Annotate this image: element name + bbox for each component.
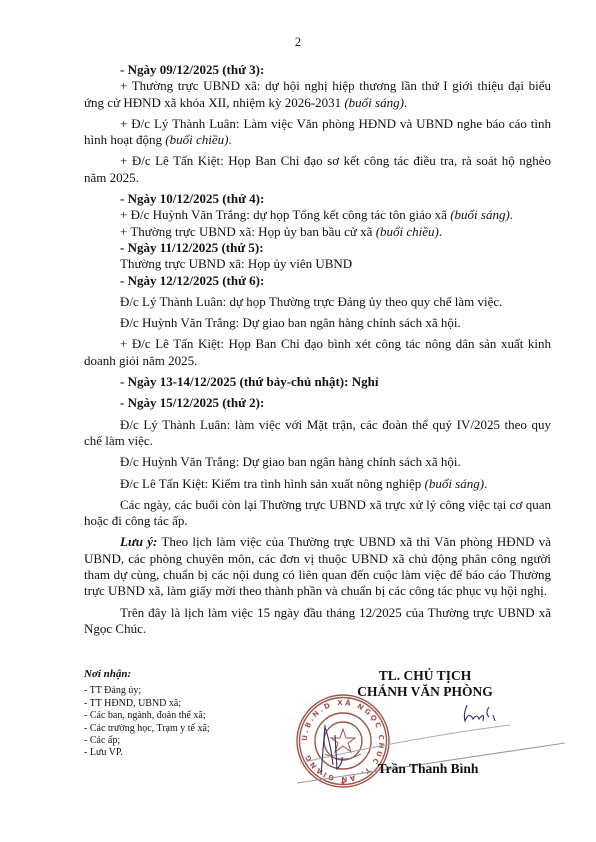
text-run: - Ngày 10/12/2025 (thứ 4): bbox=[120, 191, 264, 206]
recipient-item: - Các ấp; bbox=[84, 735, 210, 747]
paragraph: + Đ/c Lê Tấn Kiệt: Họp Ban Chỉ đạo sơ kế… bbox=[84, 153, 551, 186]
page-number: 2 bbox=[0, 35, 596, 50]
text-run: + Đ/c Huỳnh Văn Trắng: dự họp Tổng kết c… bbox=[120, 207, 450, 222]
recipients-list: - TT Đảng ủy;- TT HĐND, UBND xã;- Các ba… bbox=[84, 685, 210, 759]
paragraph: - Ngày 10/12/2025 (thứ 4): bbox=[84, 191, 551, 207]
text-run: + Đ/c Lê Tấn Kiệt: Họp Ban Chỉ đạo bình … bbox=[84, 336, 551, 367]
recipient-item: - Các trường học, Trạm y tế xã; bbox=[84, 723, 210, 735]
paragraph: Lưu ý: Theo lịch làm việc của Thường trự… bbox=[84, 534, 551, 599]
text-run: . bbox=[228, 132, 231, 147]
paragraph: - Ngày 09/12/2025 (thứ 3): bbox=[84, 62, 551, 78]
text-run: (buổi sáng) bbox=[344, 95, 404, 110]
paragraph: Các ngày, các buổi còn lại Thường trực U… bbox=[84, 497, 551, 530]
paragraph: Đ/c Huỳnh Văn Trắng: Dự giao ban ngân hà… bbox=[84, 315, 551, 331]
text-run: - Ngày 13-14/12/2025 (thứ bảy-chủ nhật):… bbox=[120, 374, 378, 389]
text-run: Thường trực UBND xã: Họp ủy viên UBND bbox=[120, 256, 352, 271]
paragraph: Đ/c Huỳnh Văn Trắng: Dự giao ban ngân hà… bbox=[84, 454, 551, 470]
text-run: (buổi sáng) bbox=[424, 476, 484, 491]
text-run: (buổi sáng) bbox=[450, 207, 510, 222]
text-run: + Thường trực UBND xã: dự hội nghị hiệp … bbox=[84, 78, 551, 109]
recipient-item: - TT HĐND, UBND xã; bbox=[84, 698, 210, 710]
text-run: Đ/c Lý Thành Luân: làm việc với Mặt trận… bbox=[84, 417, 551, 448]
text-run: - Ngày 11/12/2025 (thứ 5): bbox=[120, 240, 264, 255]
signature-title-line1: TL. CHỦ TỊCH bbox=[330, 668, 520, 684]
text-run: + Đ/c Lý Thành Luân: Làm việc Văn phòng … bbox=[84, 116, 551, 147]
text-run: + Thường trực UBND xã: Họp ủy ban bầu cử… bbox=[120, 224, 376, 239]
paragraph: - Ngày 13-14/12/2025 (thứ bảy-chủ nhật):… bbox=[84, 374, 551, 390]
text-run: (buổi chiều) bbox=[165, 132, 228, 147]
text-run: Đ/c Lý Thành Luân: dự họp Thường trực Đả… bbox=[120, 294, 502, 309]
paragraph: + Đ/c Huỳnh Văn Trắng: dự họp Tổng kết c… bbox=[84, 207, 551, 223]
text-run: Đ/c Huỳnh Văn Trắng: Dự giao ban ngân hà… bbox=[120, 315, 461, 330]
text-run: . bbox=[404, 95, 407, 110]
text-run: . bbox=[439, 224, 442, 239]
recipient-item: - Lưu VP. bbox=[84, 747, 210, 759]
text-run: Trên đây là lịch làm việc 15 ngày đầu th… bbox=[84, 605, 551, 636]
paragraph: Đ/c Lê Tấn Kiệt: Kiểm tra tình hình sản … bbox=[84, 476, 551, 492]
text-run: . bbox=[510, 207, 513, 222]
recipient-item: - TT Đảng ủy; bbox=[84, 685, 210, 697]
text-run: + Đ/c Lê Tấn Kiệt: Họp Ban Chỉ đạo sơ kế… bbox=[84, 153, 551, 184]
paragraph: Thường trực UBND xã: Họp ủy viên UBND bbox=[84, 256, 551, 272]
paragraph: + Thường trực UBND xã: Họp ủy ban bầu cử… bbox=[84, 224, 551, 240]
paragraph: + Đ/c Lý Thành Luân: Làm việc Văn phòng … bbox=[84, 116, 551, 149]
text-run: Đ/c Huỳnh Văn Trắng: Dự giao ban ngân hà… bbox=[120, 454, 461, 469]
text-run: - Ngày 12/12/2025 (thứ 6): bbox=[120, 273, 264, 288]
text-run: - Ngày 09/12/2025 (thứ 3): bbox=[120, 62, 264, 77]
text-run: Đ/c Lê Tấn Kiệt: Kiểm tra tình hình sản … bbox=[120, 476, 424, 491]
recipients-block: Nơi nhận: - TT Đảng ủy;- TT HĐND, UBND x… bbox=[84, 668, 210, 760]
recipient-item: - Các ban, ngành, đoàn thể xã; bbox=[84, 710, 210, 722]
text-run: - Ngày 15/12/2025 (thứ 2): bbox=[120, 395, 264, 410]
text-run: Các ngày, các buổi còn lại Thường trực U… bbox=[84, 497, 551, 528]
paragraph: + Thường trực UBND xã: dự hội nghị hiệp … bbox=[84, 78, 551, 111]
paragraph: Đ/c Lý Thành Luân: dự họp Thường trực Đả… bbox=[84, 294, 551, 310]
text-run: Lưu ý: bbox=[120, 534, 157, 549]
text-run: . bbox=[484, 476, 487, 491]
paragraph: - Ngày 11/12/2025 (thứ 5): bbox=[84, 240, 551, 256]
paragraph: Đ/c Lý Thành Luân: làm việc với Mặt trận… bbox=[84, 417, 551, 450]
paragraph: - Ngày 15/12/2025 (thứ 2): bbox=[84, 395, 551, 411]
paragraph: + Đ/c Lê Tấn Kiệt: Họp Ban Chỉ đạo bình … bbox=[84, 336, 551, 369]
text-run: (buổi chiều) bbox=[376, 224, 439, 239]
paragraph: Trên đây là lịch làm việc 15 ngày đầu th… bbox=[84, 605, 551, 638]
document-body: - Ngày 09/12/2025 (thứ 3):+ Thường trực … bbox=[84, 62, 551, 637]
recipients-title: Nơi nhận: bbox=[84, 668, 210, 680]
signer-name: Trần Thanh Bình bbox=[338, 761, 518, 777]
paragraph: - Ngày 12/12/2025 (thứ 6): bbox=[84, 273, 551, 289]
